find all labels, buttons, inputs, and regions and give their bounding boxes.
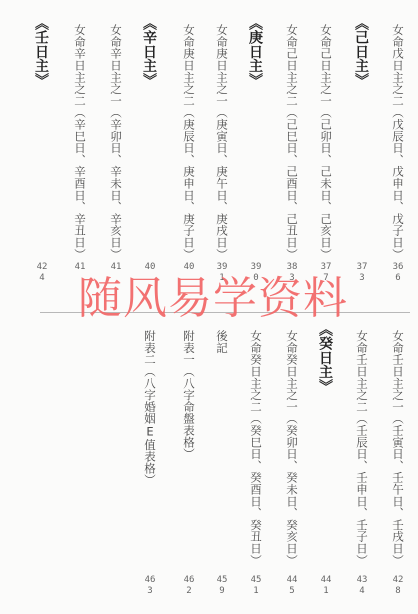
toc-entry: 女命戊日主之二（戊辰日、戊申日、戊子日）: [391, 24, 405, 260]
page-number: 434: [356, 575, 368, 597]
page-number: 366: [392, 262, 404, 284]
page-number: 424: [36, 262, 48, 284]
section-header: 《癸日主》: [318, 322, 332, 394]
page-number: 459: [216, 575, 228, 597]
page-number: 373: [356, 262, 368, 284]
page-number: 445: [286, 575, 298, 597]
toc-entry: 女命庚日主之一（庚寅日、庚午日、庚戌日）: [215, 24, 229, 260]
toc-entry: 後記: [215, 330, 229, 354]
toc-entry: 女命癸日主之一（癸卯日、癸未日、癸亥日）: [285, 330, 299, 566]
section-header: 《己日主》: [354, 16, 368, 88]
toc-entry: 附表一（八字命盤表格）: [182, 330, 196, 460]
toc-entry: 女命己日主之一（己卯日、己未日、己亥日）: [319, 24, 333, 260]
toc-entry: 女命癸日主之二（癸巳日、癸酉日、癸丑日）: [249, 330, 263, 566]
toc-entry: 女命辛日主之二（辛巳日、辛酉日、辛丑日）: [73, 24, 87, 260]
section-header: 《庚日主》: [248, 16, 262, 88]
page-number: 462: [183, 575, 195, 597]
page-number: 463: [144, 575, 156, 597]
toc-entry: 女命己日主之二（己巳日、己酉日、己丑日）: [285, 24, 299, 260]
page-number: 441: [320, 575, 332, 597]
page-number: 451: [250, 575, 262, 597]
toc-entry: 附表二（八字婚姻E值表格）: [143, 330, 157, 486]
toc-entry: 女命庚日主之二（庚辰日、庚申日、庚子日）: [182, 24, 196, 260]
toc-entry: 女命壬日主之一（壬寅日、壬午日、壬戌日）: [391, 330, 405, 566]
section-header: 《壬日主》: [34, 16, 48, 88]
toc-entry: 女命壬日主之二（壬辰日、壬申日、壬子日）: [355, 330, 369, 566]
toc-page: 女命戊日主之二（戊辰日、戊申日、戊子日） 366 《己日主》 373 女命己日主…: [0, 0, 418, 614]
watermark-text: 随风易学资料: [78, 262, 348, 326]
page-number: 428: [392, 575, 404, 597]
toc-entry: 女命辛日主之一（辛卯日、辛未日、辛亥日）: [109, 24, 123, 260]
section-header: 《辛日主》: [142, 16, 156, 88]
